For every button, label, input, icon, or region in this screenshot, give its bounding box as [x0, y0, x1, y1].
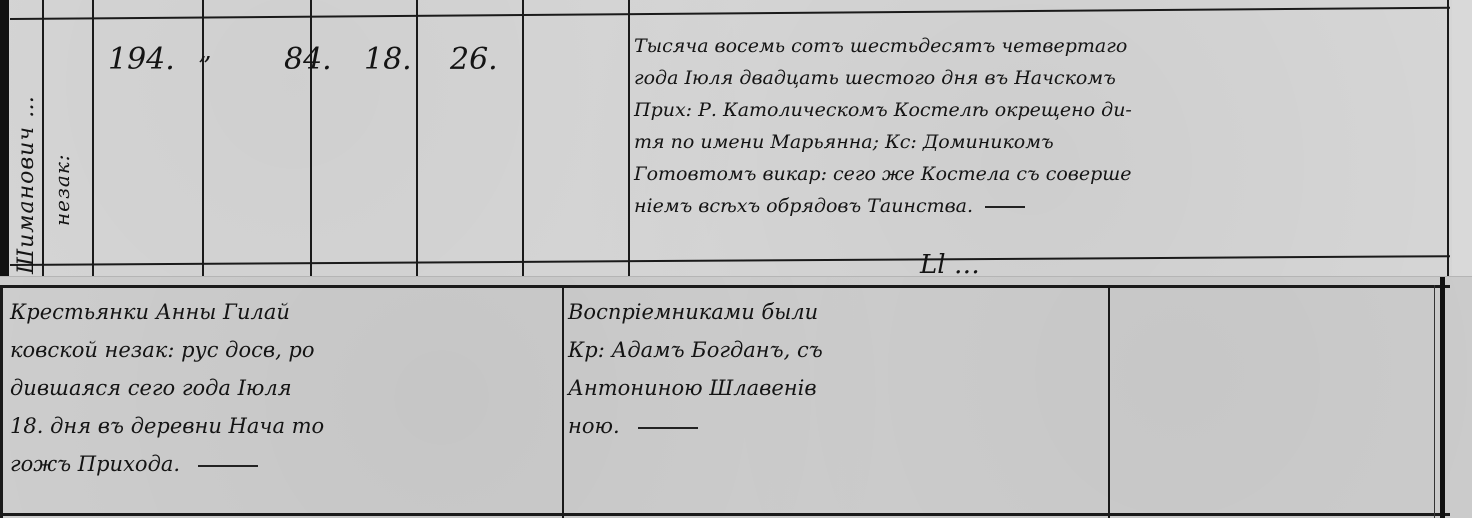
margin-legitimacy-status: незак:	[50, 96, 74, 226]
column-rule	[416, 0, 418, 276]
register-fragment-bottom: Крестьянки Анны Гилай ковской незак: рус…	[0, 276, 1472, 518]
ditto-mark: ”	[198, 52, 211, 82]
entry-line: ніемъ всѣхъ обрядовъ Таинства.	[634, 195, 973, 217]
entry-number: 194.	[108, 42, 175, 77]
column-rule-left	[0, 285, 3, 518]
column-rule	[562, 285, 564, 518]
column-rule-right	[1447, 0, 1449, 276]
row-divider-bottom	[0, 513, 1450, 516]
day-value: 26.	[450, 42, 498, 77]
godparents-line: Воспріемниками были	[568, 293, 1108, 331]
parents-line: гожъ Прихода.	[10, 452, 180, 476]
entry-line: тя по имени Марьянна; Кс: Доминикомъ	[634, 126, 1446, 158]
godparents-line-last: ною.	[568, 407, 1108, 445]
row-divider-lower	[10, 255, 1450, 266]
column-rule	[1108, 285, 1110, 518]
end-dash	[638, 427, 698, 429]
register-fragment-top: Шиманович … незак: 194. ” 84. 18. 26. Ты…	[0, 0, 1472, 276]
entry-line: года Іюля двадцать шестого дня въ Начско…	[634, 62, 1446, 94]
entry-line-last: ніемъ всѣхъ обрядовъ Таинства.	[634, 190, 1446, 222]
column-rule-thin	[1434, 285, 1435, 518]
binding-edge	[0, 0, 9, 276]
column-rule	[92, 0, 94, 276]
godparents-cell: Воспріемниками были Кр: Адамъ Богданъ, с…	[568, 293, 1108, 445]
baptism-entry-text: Тысяча восемь сотъ шестьдесятъ четвертаг…	[634, 30, 1446, 222]
entry-line: Тысяча восемь сотъ шестьдесятъ четвертаг…	[634, 30, 1446, 62]
parents-line: 18. дня въ деревни Нача то	[10, 407, 560, 445]
margin-surname: Шиманович …	[14, 44, 39, 274]
parents-line-last: гожъ Прихода.	[10, 445, 560, 483]
column-rule-heavy	[1440, 277, 1445, 518]
parents-line: ковской незак: рус досв, ро	[10, 331, 560, 369]
row-divider-upper	[10, 7, 1450, 20]
godparents-line: ною.	[568, 414, 620, 438]
column-rule	[42, 0, 44, 276]
entry-line: Готовтомъ викар: сего же Костела съ сове…	[634, 158, 1446, 190]
parents-line: Крестьянки Анны Гилай	[10, 293, 560, 331]
end-dash	[198, 465, 258, 467]
month-value: 18.	[364, 42, 412, 77]
parents-line: дившаяся сего года Іюля	[10, 369, 560, 407]
row-divider-top	[0, 285, 1450, 288]
parents-cell: Крестьянки Анны Гилай ковской незак: рус…	[10, 293, 560, 483]
entry-line: Прих: Р. Католическомъ Костелѣ окрещено …	[634, 94, 1446, 126]
column-rule	[628, 0, 630, 276]
page-edge	[1452, 0, 1472, 276]
notes-cell-empty	[1112, 291, 1432, 511]
end-dash	[985, 206, 1025, 208]
godparents-line: Кр: Адамъ Богданъ, съ	[568, 331, 1108, 369]
column-rule	[202, 0, 204, 276]
year-value: 84.	[284, 42, 332, 77]
column-rule	[522, 0, 524, 276]
godparents-line: Антониною Шлавенів	[568, 369, 1108, 407]
